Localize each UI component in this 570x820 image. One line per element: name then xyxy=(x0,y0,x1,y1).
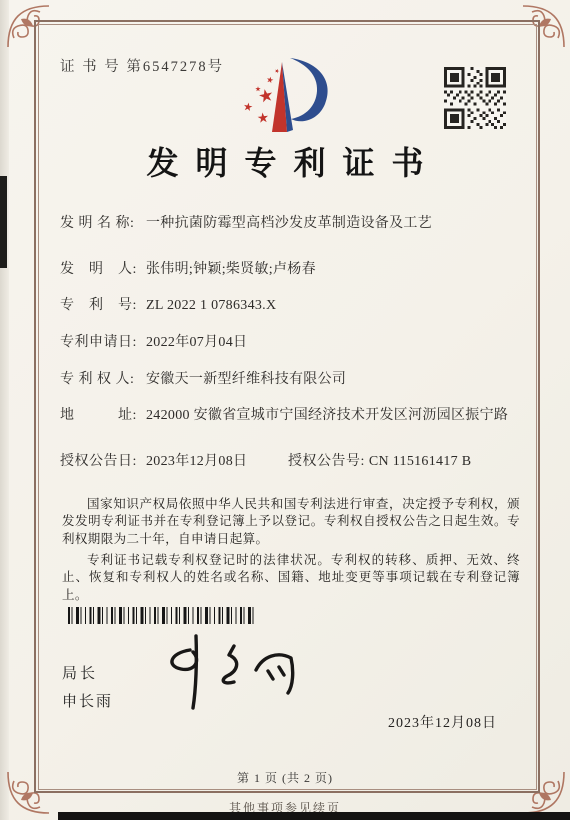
field-label: 发 明 人: xyxy=(60,260,146,279)
scan-artifact-bottom xyxy=(58,812,570,820)
field-filing-date: 专利申请日: 2022年07月04日 xyxy=(60,333,526,352)
field-value: 张伟明;钟颖;柴贤敏;卢杨春 xyxy=(146,260,316,279)
patent-certificate-page: 证 书 号 第6547278号 发明专利证书 xyxy=(0,0,570,820)
field-label: 发 明 名 称: xyxy=(60,214,146,233)
signatory-name: 申长雨 xyxy=(62,690,113,711)
qr-code xyxy=(444,67,506,129)
field-label: 专 利 权 人: xyxy=(60,370,146,389)
scan-edge-shadow xyxy=(0,0,9,820)
field-value: ZL 2022 1 0786343.X xyxy=(146,296,276,315)
field-value: 2023年12月08日 xyxy=(146,452,247,471)
field-label: 地 址: xyxy=(60,406,146,425)
field-label: 授权公告号: xyxy=(288,452,369,471)
field-label: 专利申请日: xyxy=(60,333,146,352)
cnipa-logo-icon xyxy=(232,56,344,138)
field-value: 安徽天一新型纤维科技有限公司 xyxy=(146,370,346,389)
field-value: CN 115161417 B xyxy=(369,452,471,471)
page-indicator: 第 1 页 (共 2 页) xyxy=(0,769,570,786)
field-grant-row: 授权公告日: 2023年12月08日 授权公告号: CN 115161417 B xyxy=(60,452,526,471)
legal-paragraph-2: 专利证书记载专利权登记时的法律状况。专利权的转移、质押、无效、终止、恢复和专利权… xyxy=(62,552,520,605)
field-value: 一种抗菌防霉型高档沙发皮革制造设备及工艺 xyxy=(146,214,432,233)
scan-artifact-left xyxy=(0,176,7,268)
field-address: 地 址: 242000 安徽省宣城市宁国经济技术开发区河沥园区振宁路 xyxy=(60,406,526,425)
issue-date: 2023年12月08日 xyxy=(388,712,497,732)
barcode xyxy=(68,607,254,624)
legal-paragraph-1: 国家知识产权局依照中华人民共和国专利法进行审查，决定授予专利权，颁发发明专利证书… xyxy=(62,496,520,549)
field-value: 2022年07月04日 xyxy=(146,333,247,352)
field-label: 专 利 号: xyxy=(60,296,146,315)
field-patent-number: 专 利 号: ZL 2022 1 0786343.X xyxy=(60,296,526,315)
field-grant-number: 授权公告号: CN 115161417 B xyxy=(288,452,471,471)
field-invention-name: 发 明 名 称: 一种抗菌防霉型高档沙发皮革制造设备及工艺 xyxy=(60,214,526,233)
field-label: 授权公告日: xyxy=(60,452,146,471)
certificate-number: 证 书 号 第6547278号 xyxy=(60,55,224,76)
field-value: 242000 安徽省宣城市宁国经济技术开发区河沥园区振宁路 xyxy=(146,406,508,425)
field-patentee: 专 利 权 人: 安徽天一新型纤维科技有限公司 xyxy=(60,370,526,389)
certificate-title: 发明专利证书 xyxy=(0,138,570,184)
signatory-title: 局长 xyxy=(62,662,98,683)
certificate-fields: 发 明 名 称: 一种抗菌防霉型高档沙发皮革制造设备及工艺 发 明 人: 张伟明… xyxy=(60,214,526,484)
handwritten-signature xyxy=(150,633,325,711)
field-inventors: 发 明 人: 张伟明;钟颖;柴贤敏;卢杨春 xyxy=(60,260,526,279)
